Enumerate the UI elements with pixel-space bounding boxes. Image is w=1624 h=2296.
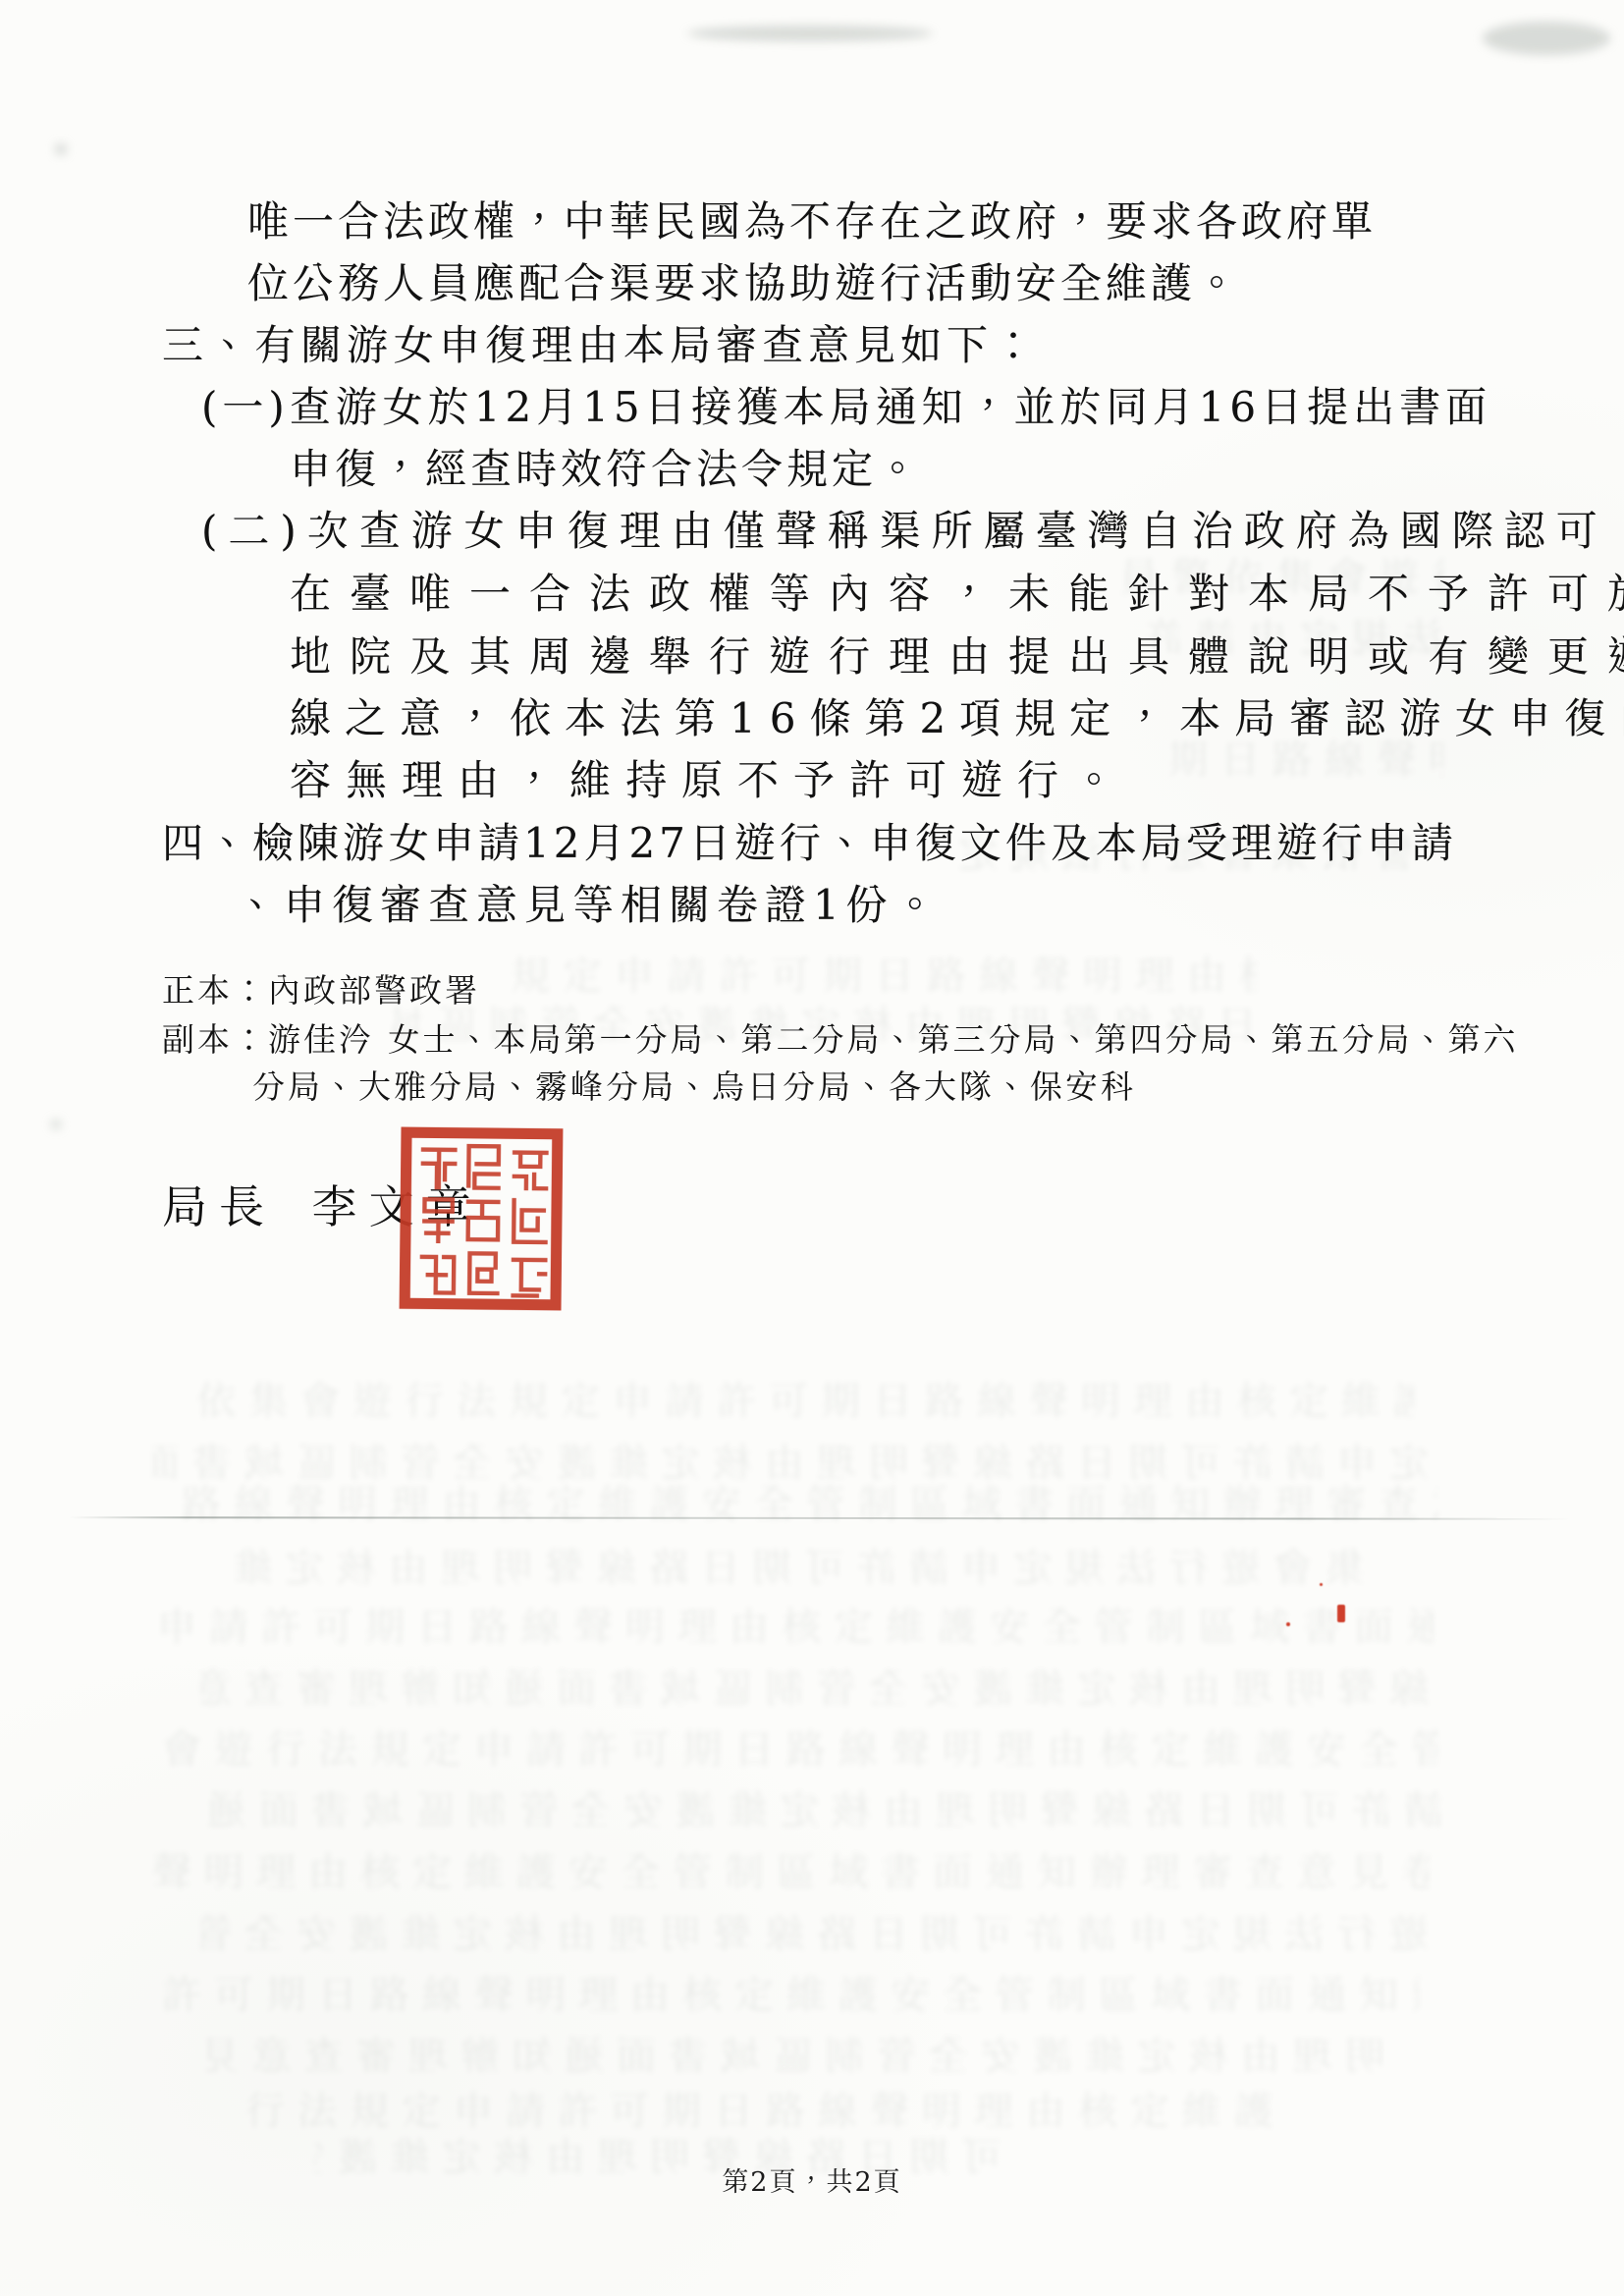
body-line: 申復，經查時效符合法令規定。 (290, 446, 922, 493)
bleed-through-line: 聲明理由核定維護安全管制區域書面通知辦理審查意見卷證相關分局大隊員警 (152, 1841, 1429, 1892)
body-line: 地院及其周邊舉行遊行理由提出具體說明或有變更遊行路 (290, 633, 1624, 681)
ink-speck (1337, 1605, 1345, 1622)
body-line: 線之意，依本法第16條第2項規定，本局審認游女申復內 (290, 695, 1624, 742)
body-line: 位公務人員應配合渠要求協助遊行活動安全維護。 (247, 260, 1241, 307)
body-line: 在臺唯一合法政權等內容，未能針對本局不予許可於臺中 (290, 571, 1624, 618)
scan-smudge (1483, 22, 1610, 55)
ink-speck (1320, 1583, 1323, 1586)
page-number-footer: 第2頁，共2頁 (0, 2160, 1624, 2199)
bleed-through-line: 集會遊行法規定申請許可期日路線聲明理由核定維護安全管制區域書面通知辦 (236, 1537, 1365, 1588)
body-line: 三、有關游女申復理由本局審查意見如下： (162, 322, 1039, 369)
scan-smudge (687, 26, 933, 41)
copy-recipients-line-2: 分局、大雅分局、霧峰分局、烏日分局、各大隊、保安科 (252, 1062, 1136, 1108)
body-line: (二)次查游女申復理由僅聲稱渠所屬臺灣自治政府為國際認可 (201, 508, 1608, 555)
bleed-through-line: 依集會遊行法規定申請許可期日路線聲明理由核定維護安全管制區域書面通知 (196, 1370, 1414, 1421)
body-line: 四、檢陳游女申請12月27日遊行、申復文件及本局受理遊行申請 (162, 820, 1457, 867)
bleed-through-line: 規定申請許可期日路線聲明理由核定維護安全管制區域書面通知辦理審查意見 (511, 945, 1257, 996)
bleed-through-line: 許可期日路線聲明理由核定維護安全管制區域書面通知辦理審查意見卷證相關 (162, 1964, 1419, 2015)
body-line: (一)查游女於12月15日接獲本局通知，並於同月16日提出書面 (201, 384, 1491, 431)
seal-script-glyphs (421, 1146, 546, 1296)
bleed-through-line: 線聲明理由核定維護安全管制區域書面通知辦理審查意見卷證相關分局大隊員 (201, 1658, 1429, 1709)
scan-smudge (51, 1120, 61, 1129)
bleed-through-line: 請許可期日路線聲明理由核定維護安全管制區域書面通知辦理審查意見卷證相 (206, 1779, 1443, 1831)
ink-speck (1286, 1622, 1290, 1626)
original-recipients-line: 正本：內政部警政署 (162, 965, 480, 1011)
copy-recipients-line-1: 副本：游佳汵 女士、本局第一分局、第二分局、第三分局、第四分局、第五分局、第六 (162, 1014, 1519, 1061)
bleed-through-line: 明理由核定維護安全管制區域書面通知辦理審查意見卷證相關分局大隊員警依 (206, 2025, 1384, 2076)
bleed-through-line: 會遊行法規定申請許可期日路線聲明理由核定維護安全管制區域書面通知辦理 (162, 1719, 1438, 1770)
body-line: 唯一合法政權，中華民國為不存在之政府，要求各政府單 (247, 198, 1377, 246)
official-seal (396, 1121, 567, 1316)
bleed-through-line: 申請許可期日路線聲明理由核定維護安全管制區域書面通知辦理審查意見卷證 (157, 1596, 1434, 1647)
bleed-through-line: 行法規定申請許可期日路線聲明理由核定維護安全管制區域書面通知辦理審查 (245, 2080, 1276, 2131)
body-line: 、申復審查意見等相關卷證1份。 (236, 882, 943, 929)
scan-smudge (55, 143, 67, 155)
body-line: 容無理由，維持原不予許可遊行。 (290, 757, 1129, 804)
bleed-through-line: 遊行法規定申請許可期日路線聲明理由核定維護安全管制區域書面通知辦理審 (201, 1903, 1429, 1954)
scanned-document-page: 員警依集會遊行法規定申請許可期日路線聲明理由核定維護安全管制區域書面法規定申請許… (0, 0, 1624, 2296)
